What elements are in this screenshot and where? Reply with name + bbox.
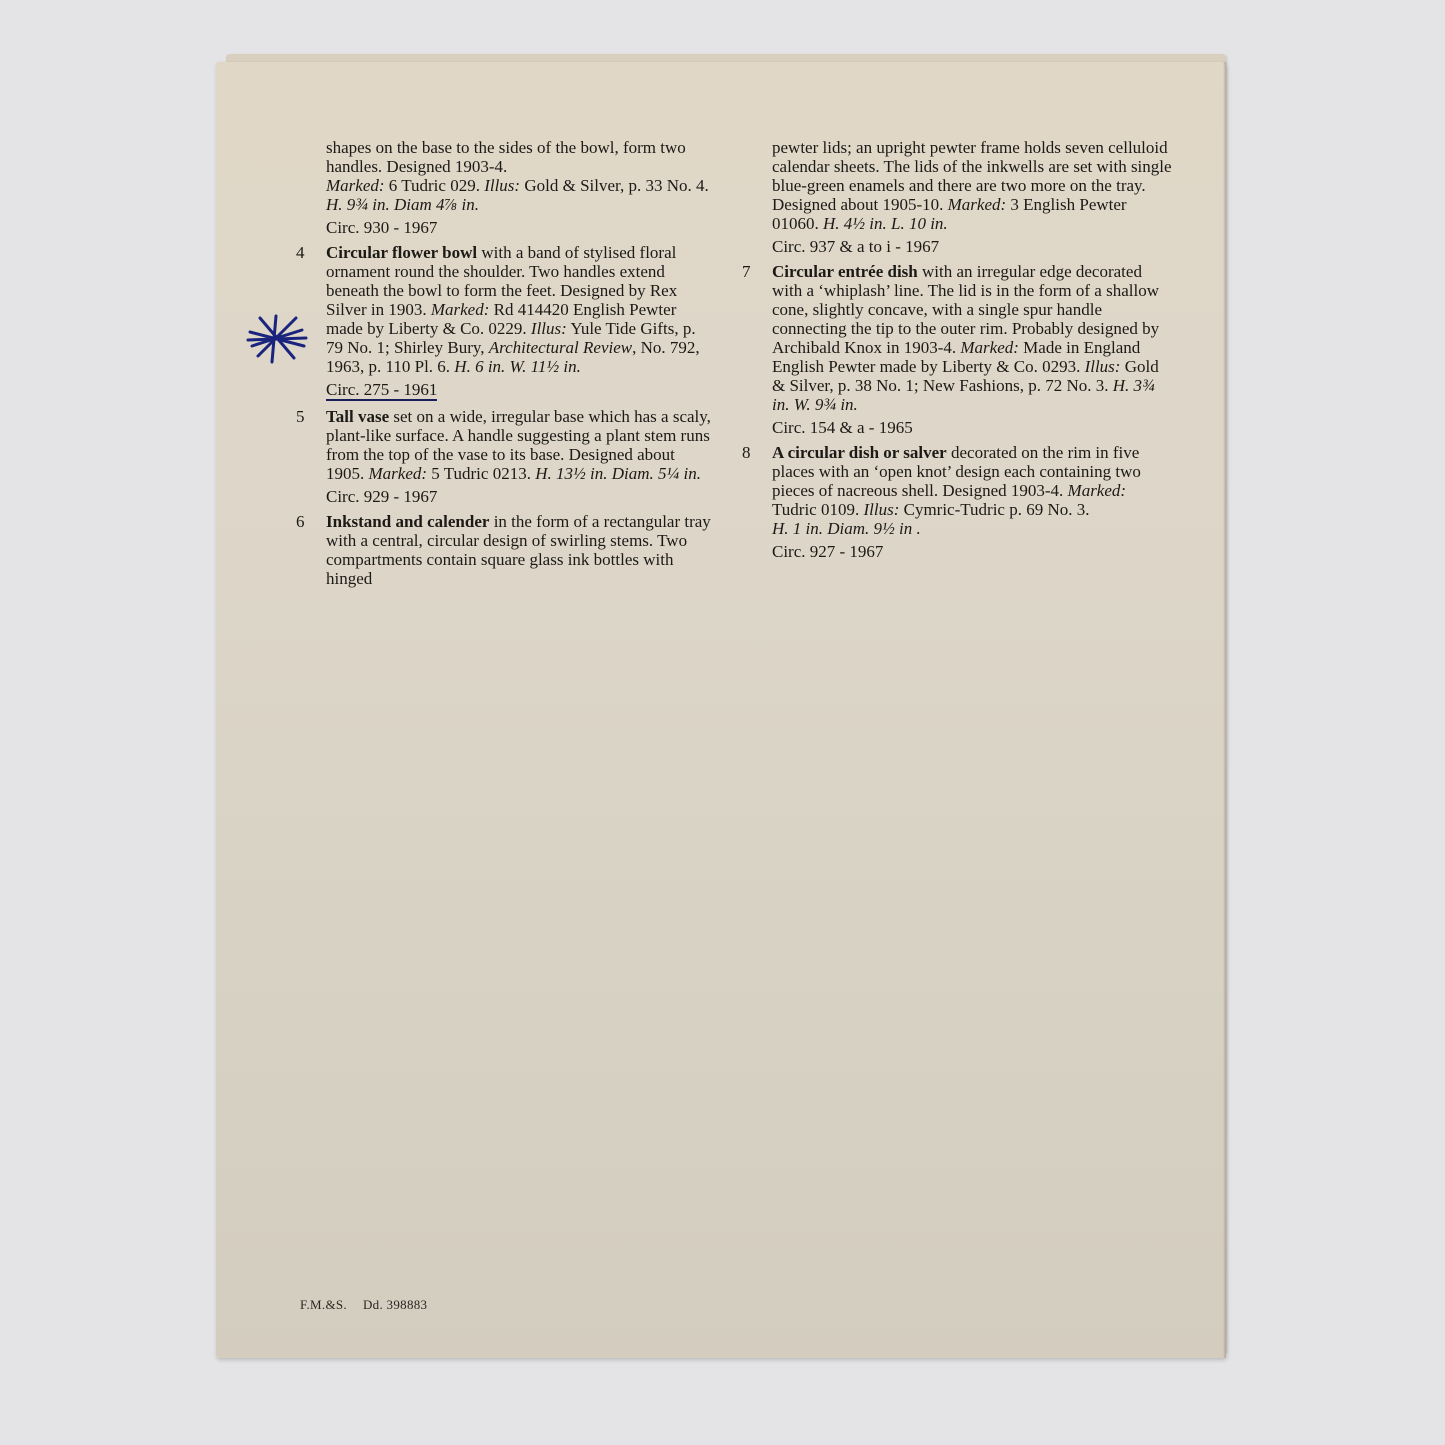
entry-8: 8 A circular dish or salver decorated on… (742, 443, 1172, 561)
marked-label: Marked: (960, 338, 1019, 357)
illus-label: Illus: (531, 319, 567, 338)
entry-4: 4 Circular flower bowl with a band of st… (296, 243, 716, 401)
marked-value: 6 Tudric 029. (385, 176, 485, 195)
marked-value: Tudric 0109. (772, 500, 863, 519)
entry-6-continuation: pewter lids; an upright pewter frame hol… (742, 138, 1172, 256)
illus-value: Gold & Silver, p. 33 No. 4. (520, 176, 709, 195)
marked-label: Marked: (369, 464, 428, 483)
entry-title: Inkstand and calender (326, 512, 489, 531)
dimensions: H. 9¾ in. Diam 4⅞ in. (326, 195, 479, 214)
circ-number: Circ. 929 - 1967 (326, 487, 716, 506)
entry-3-continuation: shapes on the base to the sides of the b… (296, 138, 716, 237)
illus-value: Cymric-Tudric p. 69 No. 3. (899, 500, 1089, 519)
marked-label: Marked: (948, 195, 1007, 214)
left-column: shapes on the base to the sides of the b… (296, 138, 716, 594)
entry-title: Tall vase (326, 407, 389, 426)
entry-number: 5 (296, 407, 316, 426)
marked-label: Marked: (326, 176, 385, 195)
printer-imprint: F.M.&S.Dd. 398883 (300, 1297, 427, 1313)
illus-publication: Architectural Review (489, 338, 632, 357)
marked-value: 5 Tudric 0213. (427, 464, 535, 483)
printer-name: F.M.&S. (300, 1297, 347, 1312)
marked-label: Marked: (431, 300, 490, 319)
dimensions: H. 1 in. Diam. 9½ in . (772, 519, 921, 538)
dimensions: H. 13½ in. Diam. 5¼ in. (535, 464, 701, 483)
print-code: Dd. 398883 (363, 1297, 427, 1312)
circ-number: Circ. 937 & a to i - 1967 (772, 237, 1172, 256)
circ-number-underlined: Circ. 275 - 1961 (326, 380, 437, 401)
entry-5: 5 Tall vase set on a wide, irregular bas… (296, 407, 716, 506)
circ-number: Circ. 927 - 1967 (772, 542, 1172, 561)
entry-7: 7 Circular entrée dish with an irregular… (742, 262, 1172, 437)
dimensions: H. 4½ in. L. 10 in. (823, 214, 948, 233)
entry-number: 6 (296, 512, 316, 531)
entry-6: 6 Inkstand and calender in the form of a… (296, 512, 716, 588)
entry-text: shapes on the base to the sides of the b… (326, 138, 686, 176)
entry-number: 7 (742, 262, 762, 281)
marked-label: Marked: (1068, 481, 1127, 500)
right-column: pewter lids; an upright pewter frame hol… (742, 138, 1172, 567)
illus-label: Illus: (863, 500, 899, 519)
entry-title: Circular entrée dish (772, 262, 918, 281)
entry-number: 4 (296, 243, 316, 262)
circ-number: Circ. 930 - 1967 (326, 218, 716, 237)
illus-label: Illus: (1085, 357, 1121, 376)
circ-number: Circ. 154 & a - 1965 (772, 418, 1172, 437)
pen-asterisk-icon (246, 312, 308, 364)
entry-title: A circular dish or salver (772, 443, 947, 462)
entry-number: 8 (742, 443, 762, 462)
illus-label: Illus: (484, 176, 520, 195)
entry-title: Circular flower bowl (326, 243, 477, 262)
dimensions: H. 6 in. W. 11½ in. (454, 357, 581, 376)
